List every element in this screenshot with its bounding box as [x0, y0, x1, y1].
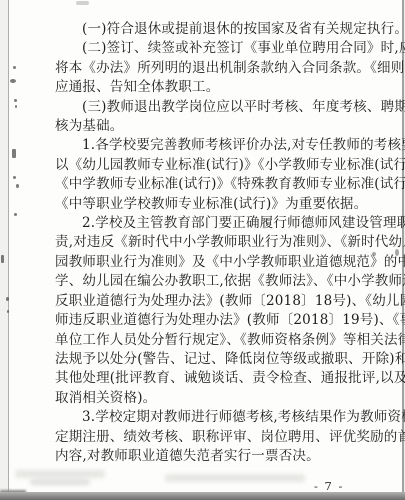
page-number: - 7 -: [314, 479, 344, 493]
scan-speck: [372, 252, 376, 256]
text-line: 师违反职业道德行为处理办法》(教师〔2018〕19号)、《事业: [55, 311, 355, 330]
text-line: 单位工作人员处分暂行规定》、《教师资格条例》等相关法律、: [55, 331, 355, 350]
text-line: (一)符合退休或提前退休的按国家及省有关规定执行。: [55, 20, 355, 39]
text-line: 法规予以处分(警告、记过、降低岗位等级或撤职、开除)和: [55, 350, 355, 369]
scan-speck: [16, 184, 19, 188]
text-line: 取消相关资格)。: [55, 389, 355, 408]
text-line: 2.学校及主管教育部门要正确履行师德师风建设管理职: [55, 214, 355, 233]
scan-speck: [15, 105, 17, 108]
scan-speck: [14, 99, 17, 102]
scan-speck: [12, 149, 16, 158]
text-line: 园教师职业行为准则》及《中小学教师职业道德规范》的中小: [55, 253, 355, 272]
text-line: 1.各学校要完善教师考核评价办法,对专任教师的考核要: [55, 136, 355, 155]
text-line: 3.学校定期对教师进行师德考核,考核结果作为教师资格: [55, 408, 355, 427]
scan-speck: [76, 1, 89, 5]
text-line: 将本《办法》所列明的退出机制条款纳入合同条款。《细则》: [55, 59, 355, 78]
scan-left-margin: [0, 0, 8, 500]
page-left-edge-line: [8, 0, 9, 500]
text-line: 《中学教师专业标准(试行)》《特殊教育教师专业标准(试行)》: [55, 175, 355, 194]
text-line: 责,对违反《新时代中小学教师职业行为准则》、《新时代幼儿: [55, 233, 355, 252]
text-line: 以《幼儿园教师专业标准(试行)》《小学教师专业标准(试行)》: [55, 156, 355, 175]
document-body: (一)符合退休或提前退休的按国家及省有关规定执行。 (二)签订、续签或补充签订《…: [55, 20, 355, 466]
scan-speck: [10, 79, 16, 83]
text-line: 其他处理(批评教育、诫勉谈话、责令检查、通报批评,以及: [55, 369, 355, 388]
text-line: 定期注册、绩效考核、职称评审、岗位聘用、评优奖励的首要: [55, 428, 355, 447]
scan-speck: [13, 176, 16, 179]
scan-speck: [1, 255, 4, 263]
text-line: 学、幼儿园在编公办教职工,依据《教师法》、《中小学教师违: [55, 272, 355, 291]
scan-speck: [7, 310, 9, 313]
scan-speck: [14, 213, 17, 216]
text-line: (二)签订、续签或补充签订《事业单位聘用合同》时,应: [55, 39, 355, 58]
text-line: 内容,对教师职业道德失范者实行一票否决。: [55, 447, 355, 466]
scan-bottom-shadow: [0, 492, 405, 500]
scan-speck: [13, 66, 16, 69]
text-line: (三)教师退出教学岗位应以平时考核、年度考核、聘期考: [55, 98, 355, 117]
scanned-document-page: (一)符合退休或提前退休的按国家及省有关规定执行。 (二)签订、续签或补充签订《…: [0, 0, 405, 500]
scan-smudge: [30, 479, 90, 485]
text-line: 核为基础。: [55, 117, 355, 136]
scan-smudge: [165, 474, 305, 482]
scan-speck: [395, 249, 399, 256]
scan-speck: [6, 297, 9, 301]
text-line: 应通报、告知全体教职工。: [55, 78, 355, 97]
scan-smudge: [15, 470, 105, 478]
text-line: 《中等职业学校教师专业标准(试行)》为重要依据。: [55, 195, 355, 214]
text-line: 反职业道德行为处理办法》(教师〔2018〕18号)、《幼儿园教: [55, 292, 355, 311]
